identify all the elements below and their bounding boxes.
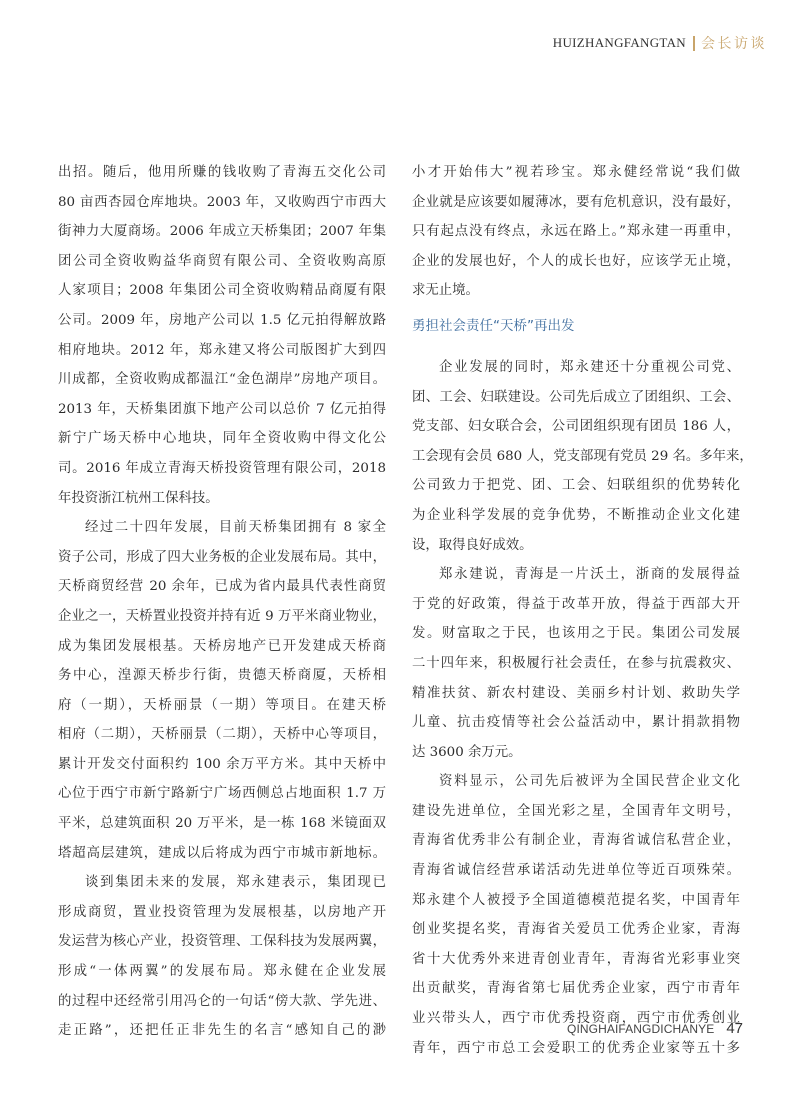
text-line: 小才开始伟大”视若珍宝。郑永健经常说“我们做	[412, 158, 740, 188]
text-line: 2013 年，天桥集团旗下地产公司以总价 7 亿元拍得	[58, 395, 386, 425]
header-section-en: HUIZHANGFANGTAN	[553, 35, 686, 51]
text-line: 新宁广场天桥中心地块，同年全资收购中得文化公	[58, 424, 386, 454]
right-column: 小才开始伟大”视若珍宝。郑永健经常说“我们做 企业就是应该要如履薄冰，要有危机意…	[412, 158, 740, 1063]
text-line: 的过程中还经常引用冯仑的一句话“傍大款、学先进、	[58, 987, 386, 1017]
text-line: 走正路”，还把任正非先生的名言“感知自己的渺	[58, 1016, 386, 1046]
text-line: 为企业科学发展的竞争优势，不断推动企业文化建	[412, 501, 740, 531]
magazine-name: QINGHAIFANGDICHANYE	[567, 1022, 714, 1036]
text-line: 形成“一体两翼”的发展布局。郑永健在企业发展	[58, 957, 386, 987]
running-header: HUIZHANGFANGTAN 会长访谈	[553, 33, 767, 53]
text-line: 司。2016 年成立青海天桥投资管理有限公司，2018	[58, 454, 386, 484]
text-line: 建设先进单位，全国光彩之星，全国青年文明号，	[412, 797, 740, 827]
text-line: 企业的发展也好，个人的成长也好，应该学无止境，	[412, 247, 740, 277]
text-line: 二十四年来，积极履行社会责任，在参与抗震救灾、	[412, 649, 740, 679]
paragraph-start: 经过二十四年发展，目前天桥集团拥有 8 家全	[58, 513, 386, 543]
text-line: 郑永建个人被授予全国道德模范提名奖，中国青年	[412, 886, 740, 916]
left-column: 出招。随后，他用所赚的钱收购了青海五交化公司 80 亩西杏园仓库地块。2003 …	[58, 158, 386, 1046]
text-line: 年投资浙江杭州工保科技。	[58, 484, 386, 514]
header-divider	[693, 36, 695, 51]
text-line: 天桥商贸经营 20 余年，已成为省内最具代表性商贸	[58, 572, 386, 602]
text-line: 资子公司，形成了四大业务板的企业发展布局。其中，	[58, 543, 386, 573]
text-line: 相府地块。2012 年，郑永建又将公司版图扩大到四	[58, 336, 386, 366]
text-line: 街神力大厦商场。2006 年成立天桥集团；2007 年集	[58, 217, 386, 247]
text-line: 发。财富取之于民，也该用之于民。集团公司发展	[412, 619, 740, 649]
paragraph-start: 资料显示，公司先后被评为全国民营企业文化	[412, 767, 740, 797]
text-line: 塔超高层建筑，建成以后将成为西宁市城市新地标。	[58, 839, 386, 869]
text-line: 府（一期），天桥丽景（一期）等项目。在建天桥	[58, 691, 386, 721]
text-line: 平米，总建筑面积 20 万平米，是一栋 168 米镜面双	[58, 809, 386, 839]
text-line: 青年，西宁市总工会爱职工的优秀企业家等五十多	[412, 1034, 740, 1064]
text-line: 累计开发交付面积约 100 余万平方米。其中天桥中	[58, 750, 386, 780]
text-line: 工会现有会员 680 人，党支部现有党员 29 名。多年来，	[412, 442, 740, 472]
text-line: 发运营为核心产业，投资管理、工保科技为发展两翼，	[58, 927, 386, 957]
text-line: 企业就是应该要如履薄冰，要有危机意识，没有最好，	[412, 188, 740, 218]
text-line: 省十大优秀外来进青创业青年，青海省光彩事业突	[412, 945, 740, 975]
text-line: 80 亩西杏园仓库地块。2003 年，又收购西宁市西大	[58, 188, 386, 218]
text-line: 设，取得良好成效。	[412, 531, 740, 561]
text-line: 相府（二期），天桥丽景（二期），天桥中心等项目，	[58, 720, 386, 750]
text-line: 企业之一，天桥置业投资并持有近 9 万平米商业物业，	[58, 602, 386, 632]
text-line: 于党的好政策，得益于改革开放，得益于西部大开	[412, 590, 740, 620]
text-line: 求无止境。	[412, 276, 740, 306]
text-line: 青海省优秀非公有制企业，青海省诚信私营企业，	[412, 826, 740, 856]
section-heading: 勇担社会责任“天桥”再出发	[412, 309, 740, 343]
text-line: 只有起点没有终点，永远在路上。”郑永建一再重申，	[412, 217, 740, 247]
text-line: 青海省诚信经营承诺活动先进单位等近百项殊荣。	[412, 856, 740, 886]
text-line: 出招。随后，他用所赚的钱收购了青海五交化公司	[58, 158, 386, 188]
text-line: 人家项目；2008 年集团公司全资收购精品商厦有限	[58, 276, 386, 306]
text-line: 心位于西宁市新宁路新宁广场西侧总占地面积 1.7 万	[58, 779, 386, 809]
text-line: 创业奖提名奖，青海省关爱员工优秀企业家，青海	[412, 915, 740, 945]
text-line: 精准扶贫、新农村建设、美丽乡村计划、救助失学	[412, 679, 740, 709]
text-line: 公司。2009 年，房地产公司以 1.5 亿元拍得解放路	[58, 306, 386, 336]
text-line: 出贡献奖，青海省第七届优秀企业家，西宁市青年	[412, 974, 740, 1004]
text-line: 团、工会、妇联建设。公司先后成立了团组织、工会、	[412, 383, 740, 413]
text-line: 团公司全资收购益华商贸有限公司、全资收购高原	[58, 247, 386, 277]
text-line: 公司致力于把党、团、工会、妇联组织的优势转化	[412, 471, 740, 501]
text-line: 川成都，全资收购成都温江“金色湖岸”房地产项目。	[58, 365, 386, 395]
text-line: 成为集团发展根基。天桥房地产已开发建成天桥商	[58, 632, 386, 662]
text-line: 儿童、抗击疫情等社会公益活动中，累计捐款捐物	[412, 708, 740, 738]
text-line: 形成商贸，置业投资管理为发展根基，以房地产开	[58, 898, 386, 928]
paragraph-start: 谈到集团未来的发展，郑永建表示，集团现已	[58, 868, 386, 898]
text-line: 达 3600 余万元。	[412, 738, 740, 768]
text-line: 务中心，湟源天桥步行街，贵德天桥商厦，天桥相	[58, 661, 386, 691]
text-line: 党支部、妇女联合会，公司团组织现有团员 186 人，	[412, 412, 740, 442]
page-number: 47	[726, 1020, 743, 1037]
running-footer: QINGHAIFANGDICHANYE 47	[567, 1020, 743, 1037]
paragraph-start: 企业发展的同时，郑永建还十分重视公司党、	[412, 353, 740, 383]
paragraph-start: 郑永建说，青海是一片沃土，浙商的发展得益	[412, 560, 740, 590]
header-section-cn: 会长访谈	[701, 33, 767, 53]
